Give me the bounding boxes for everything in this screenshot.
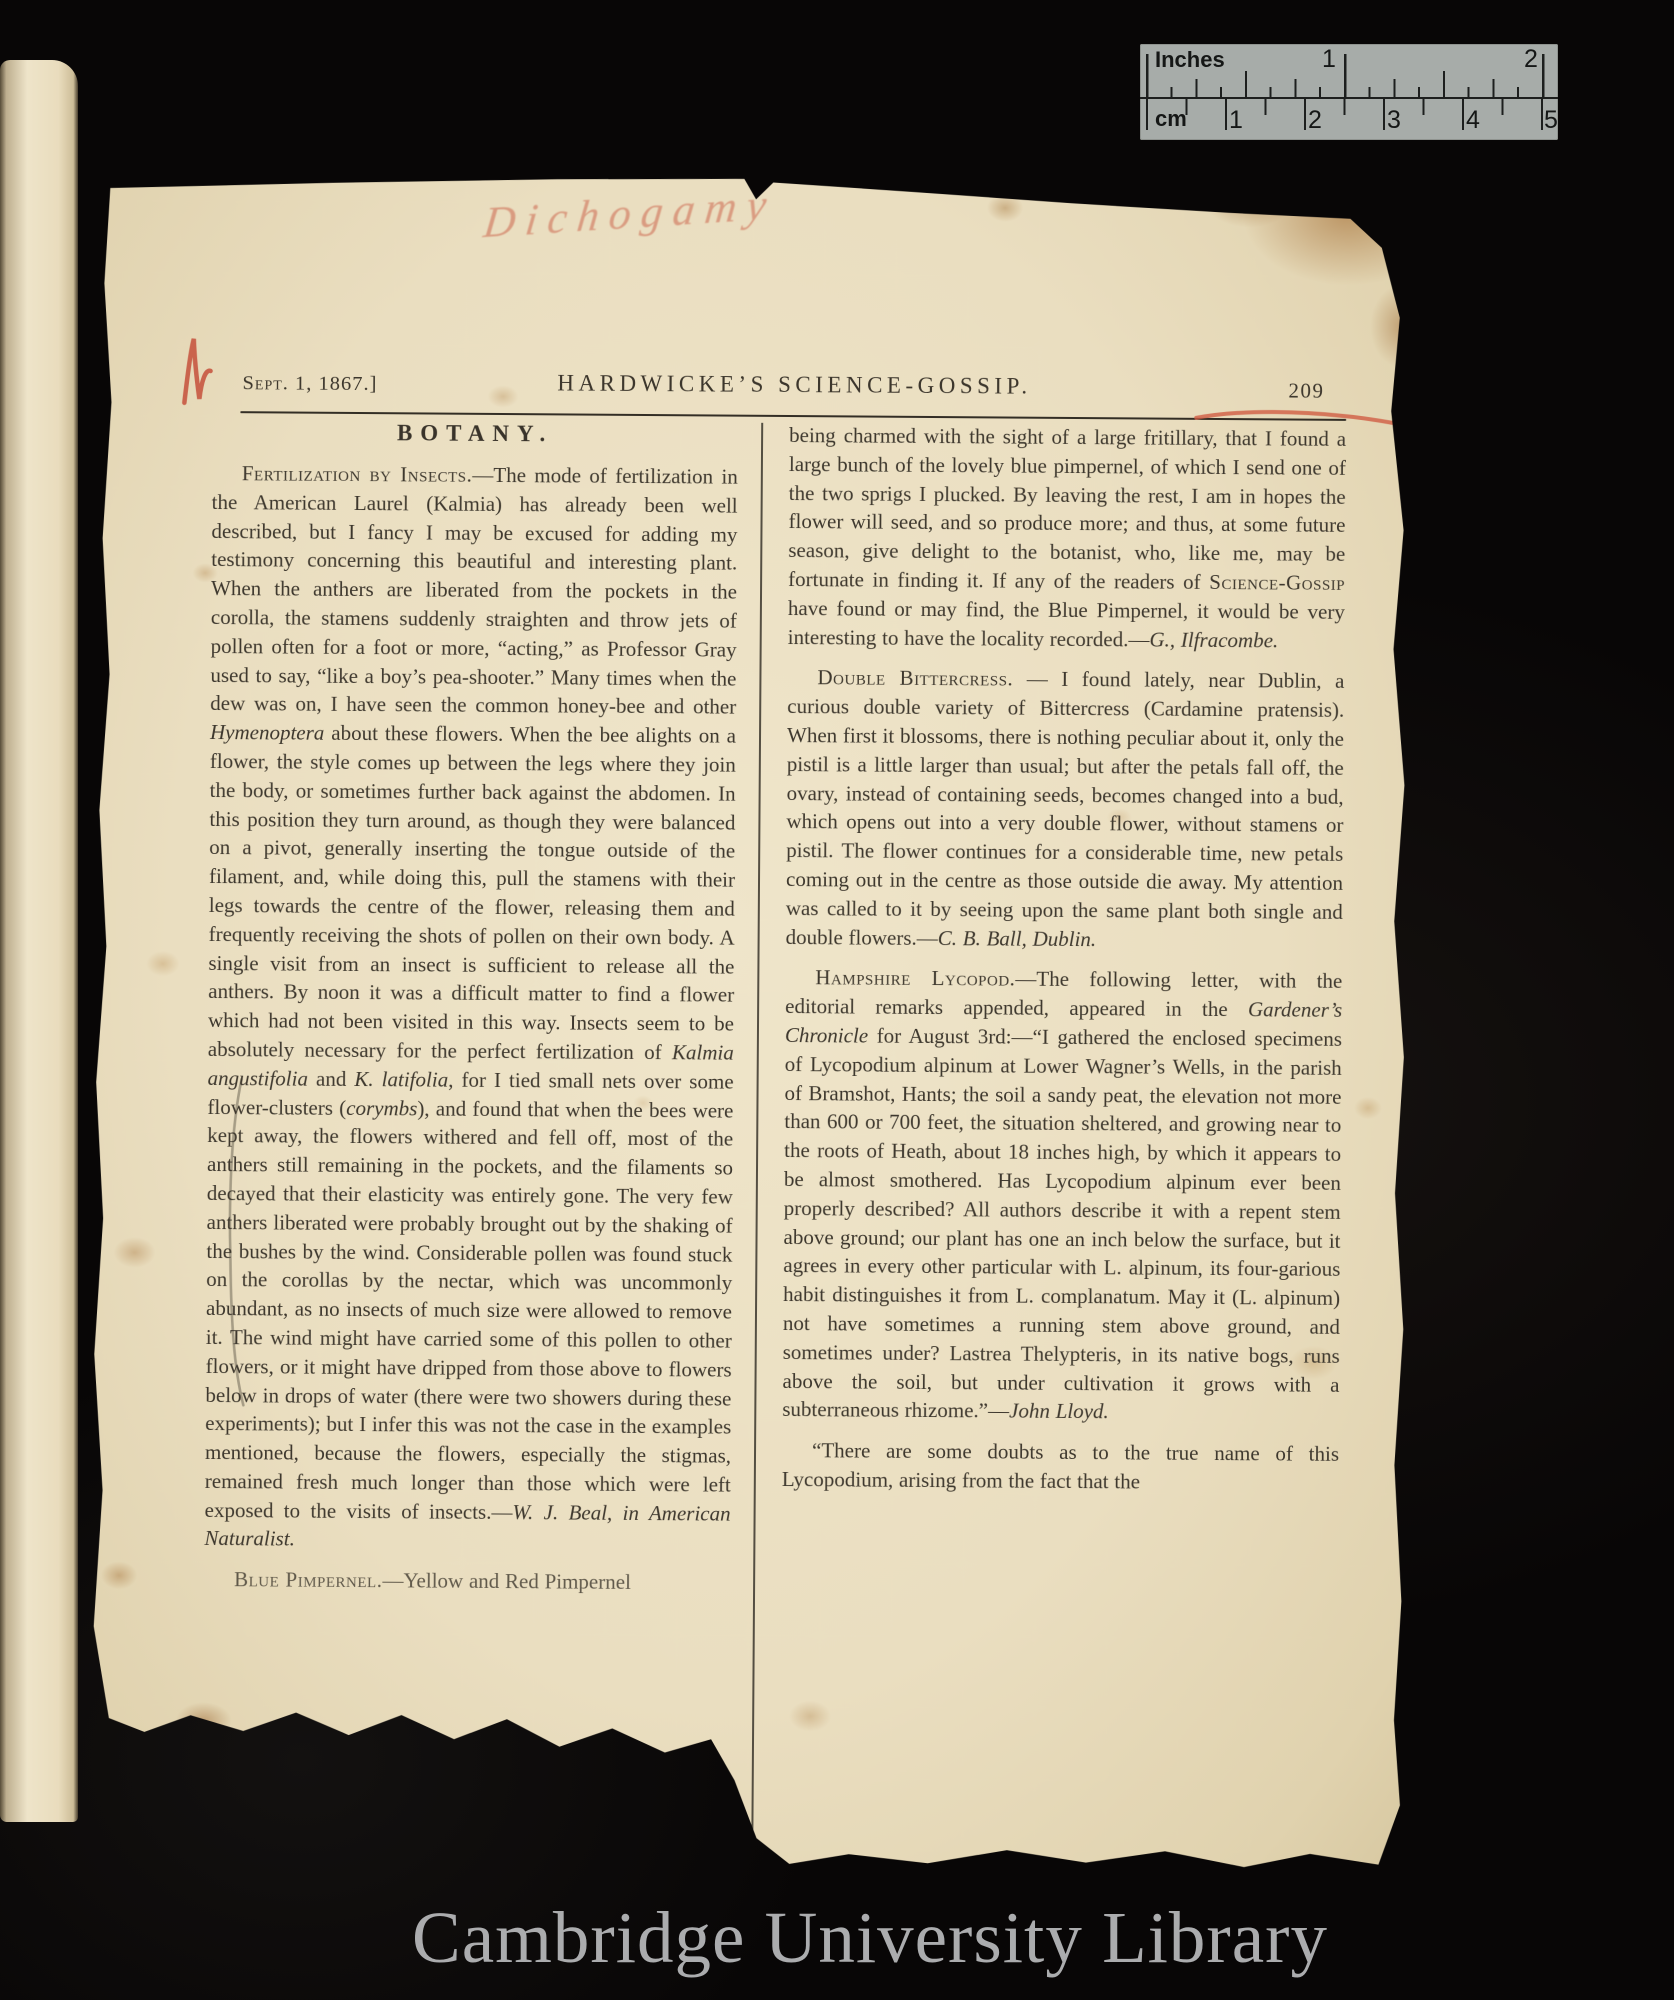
ruler-inch-number: 2 <box>1524 45 1538 74</box>
newspaper-clipping: Dichogamy 103 Sept. 1, 1867.] HARDWICKE’… <box>84 164 1414 1873</box>
ruler-cm-number: 3 <box>1387 106 1401 135</box>
cm-half-ticks <box>1140 99 1558 115</box>
ruler-cm-number: 2 <box>1308 106 1322 135</box>
article-double-bittercress: Double Bittercress. — I found lately, ne… <box>786 663 1345 955</box>
section-heading: BOTANY. <box>212 419 738 449</box>
right-column: being charmed with the sight of a large … <box>782 421 1347 1510</box>
inch-eighth-ticks <box>1140 87 1558 97</box>
article-fertilization-by-insects: Fertilization by Insects.—The mode of fe… <box>204 459 738 1557</box>
header-journal-title: HARDWICKE’S SCIENCE-GOSSIP. <box>234 368 1354 402</box>
article-blue-pimpernel-continued: being charmed with the sight of a large … <box>788 421 1347 655</box>
article-hampshire-lycopod: Hampshire Lycopod.—The following letter,… <box>782 963 1342 1428</box>
ruler-cm-number: 5 <box>1544 106 1558 135</box>
library-watermark: Cambridge University Library <box>300 1896 1440 1980</box>
ruler-cm-number: 1 <box>1229 106 1243 135</box>
article-blue-pimpernel-torn-line: Blue Pimpernel.—Yellow and Red Pimpernel <box>204 1565 730 1597</box>
pencil-folio-number: 103 <box>1437 258 1494 301</box>
ruler-inches-label: Inches <box>1155 47 1225 73</box>
column-divider-rule <box>751 423 763 1847</box>
red-crayon-annotation: Dichogamy <box>481 178 779 248</box>
article-columns: BOTANY. Fertilization by Insects.—The mo… <box>202 417 1346 1885</box>
photograph-scene: Inches cm 1 2 1 2 3 4 5 Dichogamy 103 Se… <box>0 0 1674 2000</box>
ruler-inch-number: 1 <box>1322 45 1336 74</box>
page-header: Sept. 1, 1867.] HARDWICKE’S SCIENCE-GOSS… <box>234 365 1354 415</box>
measurement-ruler: Inches cm 1 2 1 2 3 4 5 <box>1140 44 1558 140</box>
article-editorial-note-torn: “There are some doubts as to the true na… <box>782 1436 1339 1497</box>
ruler-cm-number: 4 <box>1466 106 1480 135</box>
red-crayon-margin-mark <box>180 333 217 413</box>
ruler-cm-label: cm <box>1155 106 1187 132</box>
header-page-number: 209 <box>1288 378 1324 403</box>
left-column: BOTANY. Fertilization by Insects.—The mo… <box>204 417 738 1610</box>
book-page-edge <box>0 60 78 1822</box>
